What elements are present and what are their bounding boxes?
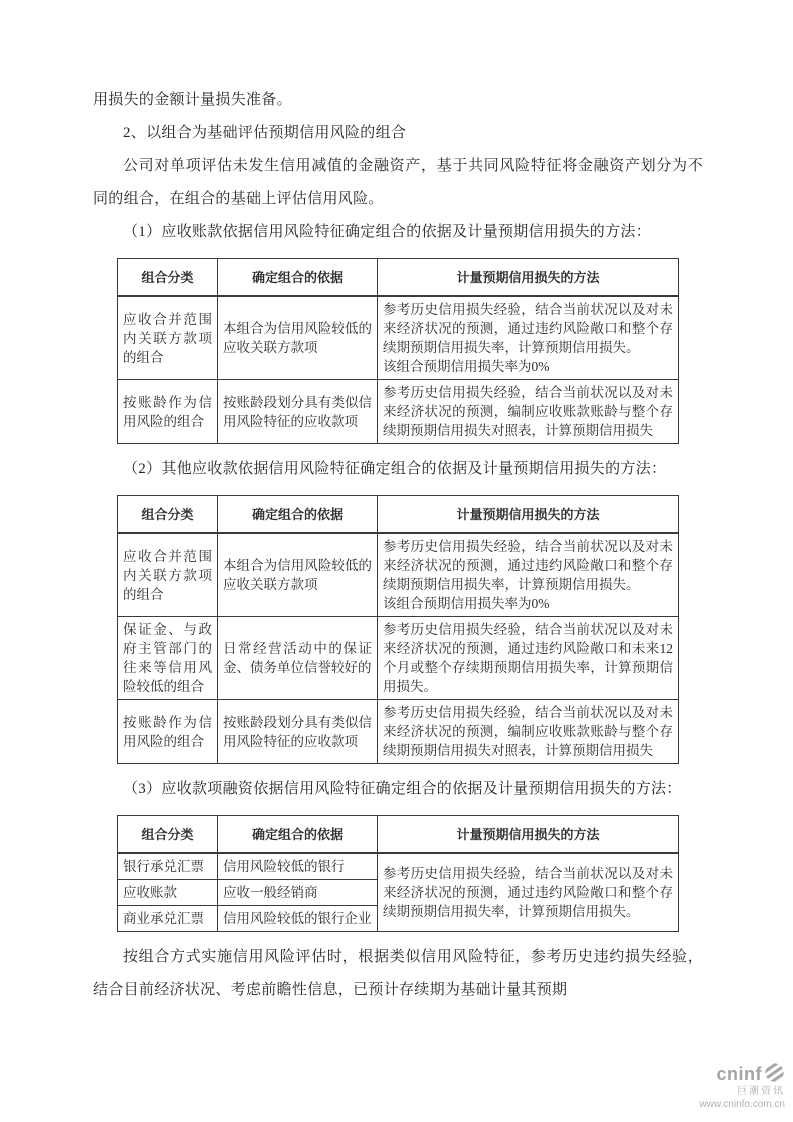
- cell-basis: 按账龄段划分具有类似信用风险特征的应收款项: [218, 700, 378, 764]
- cninfo-watermark: cninf 巨潮资讯 www.cninfo.com.cn: [699, 1062, 785, 1110]
- cell-basis: 按账龄段划分具有类似信用风险特征的应收款项: [218, 380, 378, 444]
- cell-basis: 应收一般经销商: [218, 880, 378, 906]
- paragraph-closing: 按组合方式实施信用风险评估时，根据类似信用风险特征，参考历史违约损失经验，结合目…: [93, 941, 703, 1007]
- header-portfolio-basis: 确定组合的依据: [218, 816, 378, 854]
- header-portfolio-category: 组合分类: [118, 816, 218, 854]
- cell-basis: 本组合为信用风险较低的应收关联方款项: [218, 533, 378, 617]
- cell-category: 按账龄作为信用风险的组合: [118, 700, 218, 764]
- table-header-row: 组合分类 确定组合的依据 计量预期信用损失的方法: [118, 496, 679, 534]
- cell-method: 参考历史信用损失经验，结合当前状况以及对未来经济状况的预测，通过违约风险敞口和整…: [378, 296, 679, 380]
- cell-category: 应收合并范围内关联方款项的组合: [118, 296, 218, 380]
- other-receivables-table: 组合分类 确定组合的依据 计量预期信用损失的方法 应收合并范围内关联方款项的组合…: [117, 495, 679, 764]
- cell-category: 应收合并范围内关联方款项的组合: [118, 533, 218, 617]
- header-ecl-method: 计量预期信用损失的方法: [378, 259, 679, 297]
- receivables-financing-table: 组合分类 确定组合的依据 计量预期信用损失的方法 银行承兑汇票 信用风险较低的银…: [117, 815, 679, 932]
- cell-category: 按账龄作为信用风险的组合: [118, 380, 218, 444]
- section-2-caption: （2）其他应收款依据信用风险特征确定组合的依据及计量预期信用损失的方法：: [93, 453, 703, 486]
- cell-category: 商业承兑汇票: [118, 906, 218, 932]
- section-1-caption: （1）应收账款依据信用风险特征确定组合的依据及计量预期信用损失的方法：: [93, 216, 703, 249]
- cell-method-merged: 参考历史信用损失经验，结合当前状况以及对未来经济状况的预测，通过违约风险敞口和整…: [378, 853, 679, 932]
- document-content: 用损失的金额计量损失准备。 2、以组合为基础评估预期信用风险的组合 公司对单项评…: [93, 84, 703, 1007]
- cell-method: 参考历史信用损失经验，结合当前状况以及对未来经济状况的预测，通过违约风险敞口和未…: [378, 617, 679, 700]
- cell-category: 应收账款: [118, 880, 218, 906]
- cninfo-logo-row: cninf: [699, 1062, 785, 1088]
- table-row: 应收合并范围内关联方款项的组合 本组合为信用风险较低的应收关联方款项 参考历史信…: [118, 296, 679, 380]
- cell-method: 参考历史信用损失经验，结合当前状况以及对未来经济状况的预测，通过违约风险敞口和整…: [378, 533, 679, 617]
- cell-basis: 信用风险较低的银行: [218, 853, 378, 880]
- cninfo-pinwheel-icon: [764, 1062, 785, 1088]
- cell-basis: 本组合为信用风险较低的应收关联方款项: [218, 296, 378, 380]
- cninfo-logo-text: cninf: [717, 1064, 763, 1085]
- paragraph-continuation: 用损失的金额计量损失准备。: [93, 84, 703, 117]
- table-row: 银行承兑汇票 信用风险较低的银行 参考历史信用损失经验，结合当前状况以及对未来经…: [118, 853, 679, 880]
- cell-category: 保证金、与政府主管部门的往来等信用风险较低的组合: [118, 617, 218, 700]
- cell-method: 参考历史信用损失经验，结合当前状况以及对未来经济状况的预测，编制应收账款账龄与整…: [378, 380, 679, 444]
- heading-level-2: 2、以组合为基础评估预期信用风险的组合: [93, 117, 703, 150]
- cell-basis: 日常经营活动中的保证金、债务单位信誉较好的: [218, 617, 378, 700]
- table-header-row: 组合分类 确定组合的依据 计量预期信用损失的方法: [118, 259, 679, 297]
- document-page: 用损失的金额计量损失准备。 2、以组合为基础评估预期信用风险的组合 公司对单项评…: [0, 0, 793, 1122]
- cell-method: 参考历史信用损失经验，结合当前状况以及对未来经济状况的预测，编制应收账款账龄与整…: [378, 700, 679, 764]
- table-row: 保证金、与政府主管部门的往来等信用风险较低的组合 日常经营活动中的保证金、债务单…: [118, 617, 679, 700]
- header-portfolio-category: 组合分类: [118, 259, 218, 297]
- header-portfolio-basis: 确定组合的依据: [218, 259, 378, 297]
- header-ecl-method: 计量预期信用损失的方法: [378, 816, 679, 854]
- header-ecl-method: 计量预期信用损失的方法: [378, 496, 679, 534]
- header-portfolio-category: 组合分类: [118, 496, 218, 534]
- accounts-receivable-table: 组合分类 确定组合的依据 计量预期信用损失的方法 应收合并范围内关联方款项的组合…: [117, 258, 679, 444]
- header-portfolio-basis: 确定组合的依据: [218, 496, 378, 534]
- cninfo-logo-subtitle: 巨潮资讯: [699, 1086, 785, 1098]
- table-row: 按账龄作为信用风险的组合 按账龄段划分具有类似信用风险特征的应收款项 参考历史信…: [118, 380, 679, 444]
- paragraph-portfolio-basis: 公司对单项评估未发生信用减值的金融资产，基于共同风险特征将金融资产划分为不同的组…: [93, 150, 703, 216]
- table-row: 按账龄作为信用风险的组合 按账龄段划分具有类似信用风险特征的应收款项 参考历史信…: [118, 700, 679, 764]
- table-row: 应收合并范围内关联方款项的组合 本组合为信用风险较低的应收关联方款项 参考历史信…: [118, 533, 679, 617]
- table-header-row: 组合分类 确定组合的依据 计量预期信用损失的方法: [118, 816, 679, 854]
- cell-category: 银行承兑汇票: [118, 853, 218, 880]
- cninfo-logo-url: www.cninfo.com.cn: [699, 1099, 785, 1111]
- section-3-caption: （3）应收款项融资依据信用风险特征确定组合的依据及计量预期信用损失的方法：: [93, 773, 703, 806]
- cell-basis: 信用风险较低的银行企业: [218, 906, 378, 932]
